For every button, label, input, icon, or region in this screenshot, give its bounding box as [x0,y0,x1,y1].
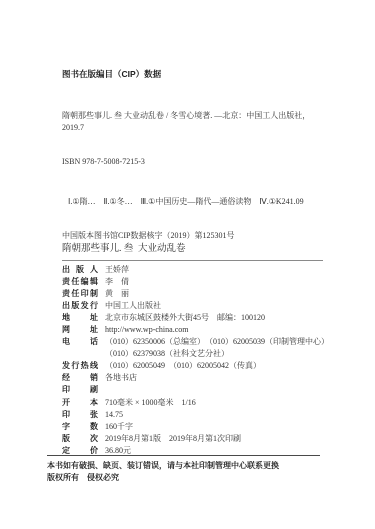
row-distribution-hotline: 发行热线 （010）62005049 （010）62005042（传真） [62,360,342,372]
cip-catalog-line: 隋朝那些事儿. 叁 大业动乱卷 / 冬雪心境著. —北京：中国工人出版社，201… [62,110,314,133]
colophon-label: 地址 [62,312,98,324]
colophon-value: http://www.wp-china.com [105,324,188,336]
colophon-value: 160千字 [105,421,133,433]
colophon-label: 电话 [62,336,98,348]
colophon-label: 开本 [62,397,98,409]
colophon-value: （010）62350006（总编室） （010）62005039（印制管理中心） [105,336,329,348]
notice-block: 本书如有破损、缺页、装订错误，请与本社印制管理中心联系更换 版权所有 侵权必究 [47,455,320,484]
colophon-label: 印张 [62,409,98,421]
colophon-value: 中国工人出版社 [105,300,161,312]
colophon-page: { "cip": { "heading": "图书在版编目（CIP）数据", "… [0,0,375,529]
cip-data-block: 图书在版编目（CIP）数据 隋朝那些事儿. 叁 大业动乱卷 / 冬雪心境著. —… [62,46,314,253]
row-edition: 版次 2019年8月第1版 2019年8月第1次印刷 [62,433,342,445]
colophon-value: （010）62005049 （010）62005042（传真） [105,360,261,372]
damage-replacement-notice: 本书如有破损、缺页、装订错误，请与本社印制管理中心联系更换 [47,460,320,472]
colophon-value: 北京市东城区鼓楼外大街45号 邮编：100120 [105,312,265,324]
row-print-supervisor: 责任印制 黄 丽 [62,288,342,300]
colophon-label: 经销 [62,372,98,384]
row-distributor: 经销 各地书店 [62,372,342,384]
colophon-label: 责任编辑 [62,276,98,288]
colophon-value: 710毫米 × 1000毫米 1/16 [105,397,196,409]
colophon-value: 14.75 [105,409,123,421]
row-publisher-person: 出版人 王娇萍 [62,264,342,276]
colophon-label: 出版发行 [62,300,98,312]
colophon-label: 出版人 [62,264,98,276]
colophon-label: 版次 [62,433,98,445]
colophon-label: 发行热线 [62,360,98,372]
colophon-value: 王娇萍 [105,264,129,276]
colophon-value: 2019年8月第1版 2019年8月第1次印刷 [105,433,241,445]
row-editor: 责任编辑 李 倩 [62,276,342,288]
colophon-value: 黄 丽 [105,288,129,300]
colophon-label: 责任印制 [62,288,98,300]
book-title: 隋朝那些事儿. 叁 大业动乱卷 [62,243,323,255]
cip-classification-line: Ⅰ.①隋… Ⅱ.①冬… Ⅲ.①中国历史—隋代—通俗读物 Ⅳ.①K241.09 [62,196,314,208]
row-telephone: 电话 （010）62350006（总编室） （010）62005039（印制管理… [62,336,342,348]
cip-record-number: 中国版本图书馆CIP数据核字（2019）第125301号 [62,230,314,242]
row-address: 地址 北京市东城区鼓楼外大街45号 邮编：100120 [62,312,342,324]
colophon-label: 网址 [62,324,98,336]
colophon-value: （010）62379038（社科文艺分社） [105,348,229,360]
row-printer: 印刷 [62,384,342,396]
row-word-count: 字数 160千字 [62,421,342,433]
colophon-value: 李 倩 [105,276,129,288]
cip-heading: 图书在版编目（CIP）数据 [62,69,314,80]
publication-info-block: 出版人 王娇萍 责任编辑 李 倩 责任印制 黄 丽 出版发行 中国工人出版社 地… [62,264,342,457]
row-publisher: 出版发行 中国工人出版社 [62,300,342,312]
row-format: 开本 710毫米 × 1000毫米 1/16 [62,397,342,409]
colophon-label: 字数 [62,421,98,433]
row-telephone-cont: （010）62379038（社科文艺分社） [62,348,342,360]
row-website: 网址 http://www.wp-china.com [62,324,342,336]
row-sheets: 印张 14.75 [62,409,342,421]
colophon-label: 印刷 [62,384,98,396]
isbn-line: ISBN 978-7-5008-7215-3 [62,156,314,168]
title-block: 隋朝那些事儿. 叁 大业动乱卷 [62,243,323,261]
copyright-notice: 版权所有 侵权必究 [47,472,320,484]
colophon-value: 各地书店 [105,372,137,384]
